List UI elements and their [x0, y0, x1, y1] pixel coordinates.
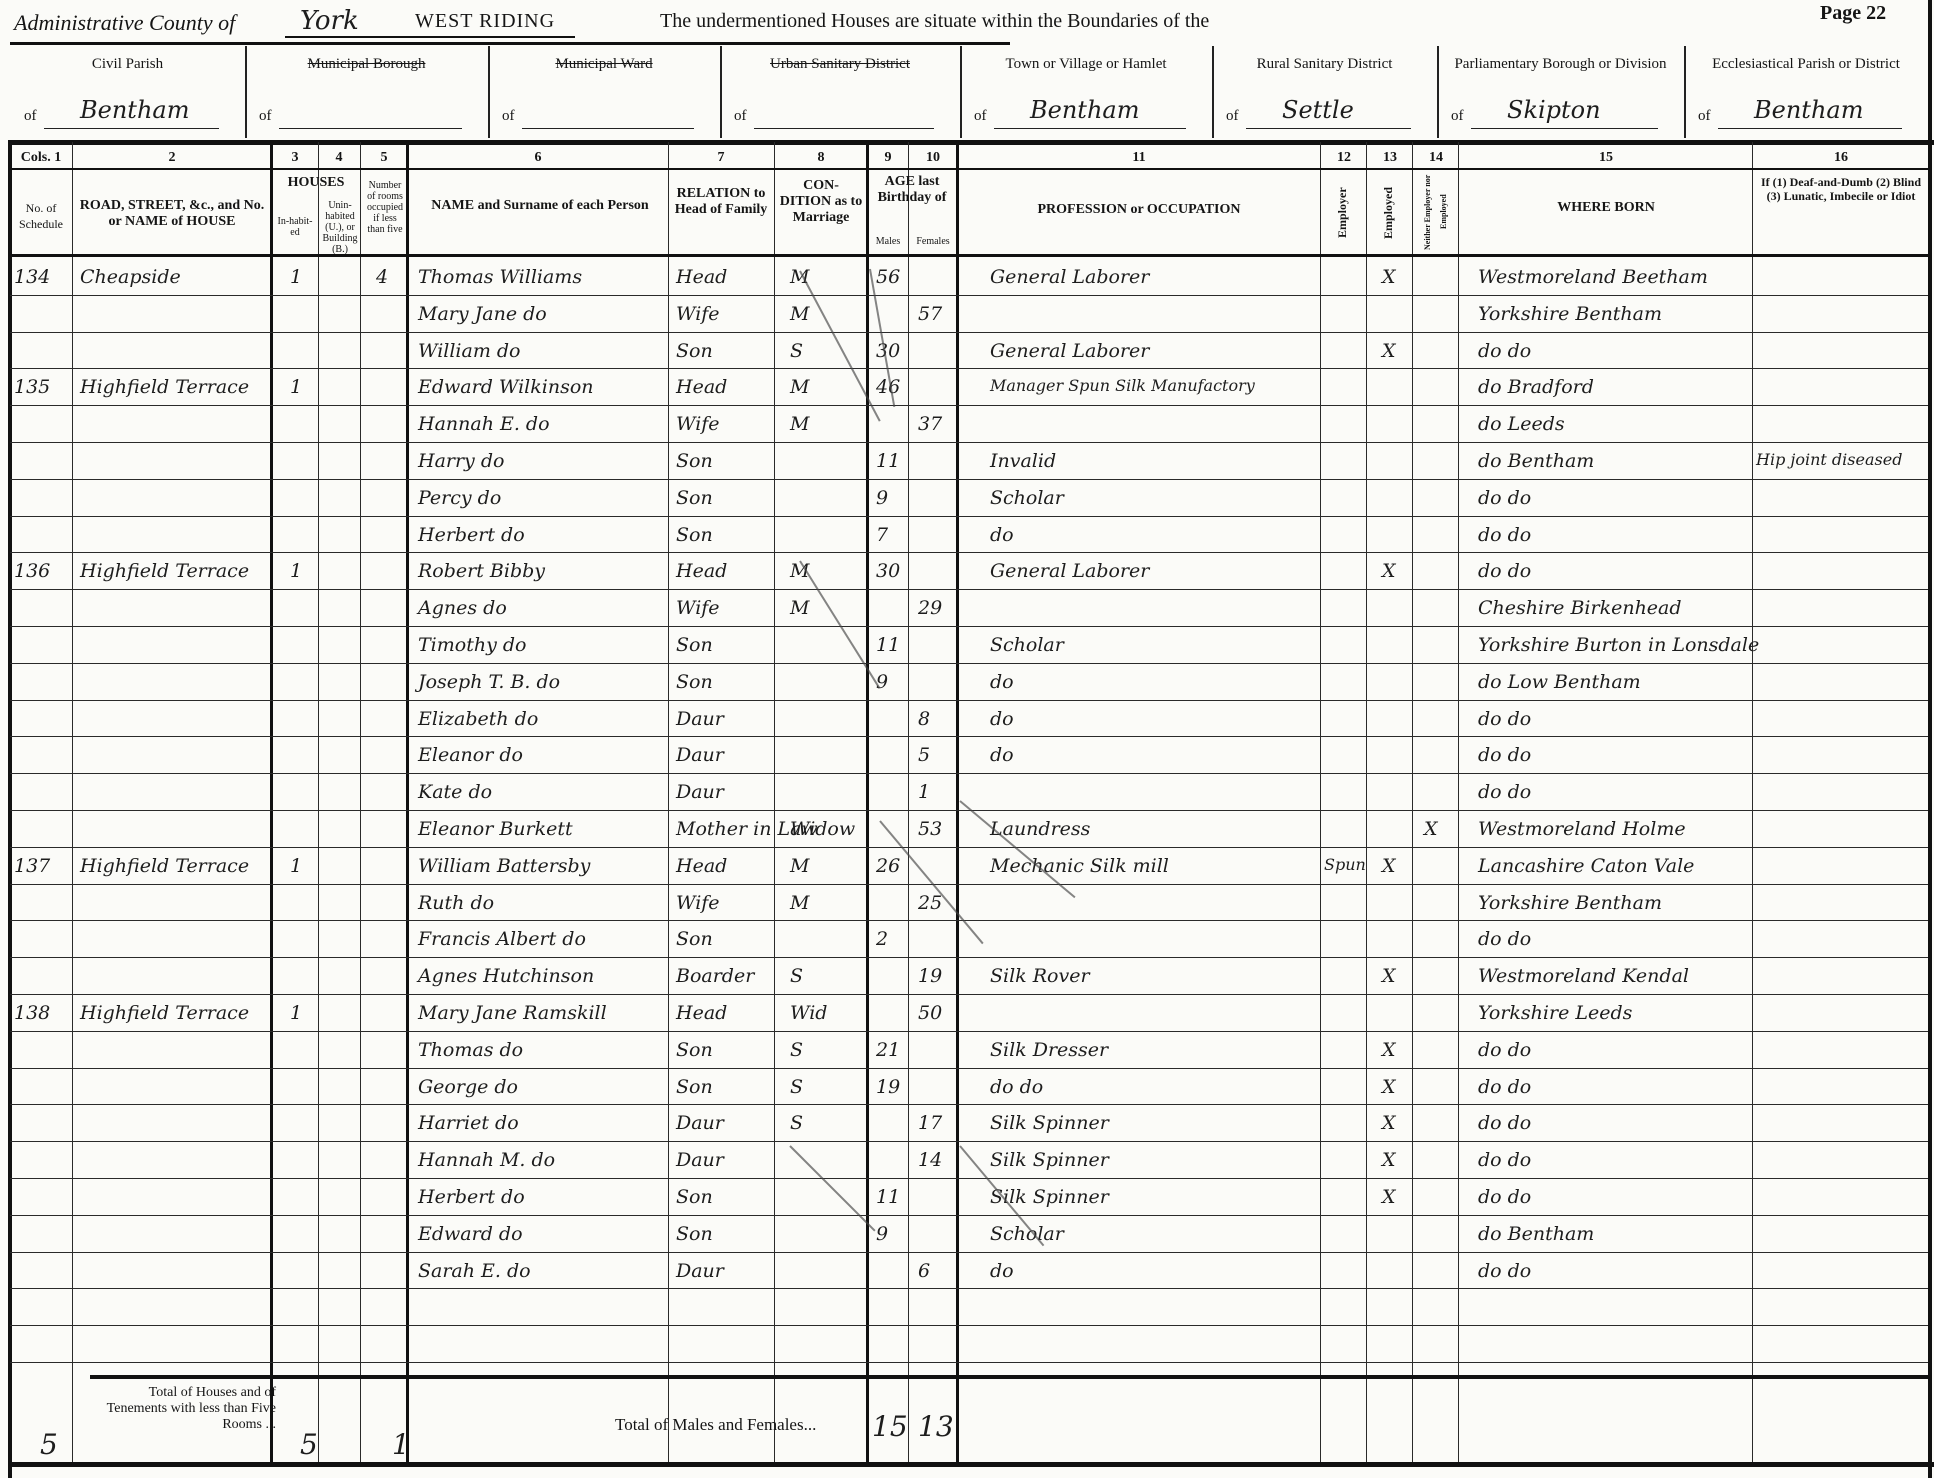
column-rule — [1752, 142, 1753, 1462]
boundary-of: of — [1698, 108, 1711, 125]
row-rule — [10, 368, 1928, 369]
relation: Son — [676, 487, 713, 509]
row-rule — [10, 405, 1928, 406]
occupation: Manager Spun Silk Manufactory — [990, 376, 1255, 395]
birthplace: Yorkshire Bentham — [1478, 892, 1662, 914]
col11-label: PROFESSION or OCCUPATION — [958, 202, 1320, 218]
employed: X — [1382, 340, 1396, 362]
column-rule — [318, 142, 319, 1462]
birthplace: Yorkshire Bentham — [1478, 303, 1662, 325]
col12-number: 12 — [1322, 150, 1366, 166]
person-name: Elizabeth do — [418, 708, 538, 730]
relation: Daur — [676, 1149, 724, 1171]
person-name: Francis Albert do — [418, 928, 586, 950]
birthplace: Westmoreland Holme — [1478, 818, 1686, 840]
relation: Son — [676, 1186, 713, 1208]
address: Highfield Terrace — [80, 560, 249, 582]
condition: S — [790, 1039, 803, 1061]
boundary-label: Parliamentary Borough or Division — [1441, 56, 1680, 73]
column-rule — [1412, 142, 1413, 1462]
female-age: 14 — [918, 1149, 942, 1171]
boundary-underline — [522, 128, 694, 129]
boundary-label: Ecclesiastical Parish or District — [1688, 56, 1924, 73]
boundary-of: of — [1226, 108, 1239, 125]
county-value: York — [300, 6, 359, 36]
boundary-underline — [1471, 128, 1658, 129]
boundary-underline — [1246, 128, 1411, 129]
relation: Head — [676, 376, 727, 398]
person-name: William do — [418, 340, 521, 362]
boundary-divider — [245, 46, 247, 138]
condition: S — [790, 340, 803, 362]
column-rule — [270, 142, 273, 1462]
birthplace: do Bentham — [1478, 450, 1594, 472]
birthplace: do do — [1478, 1186, 1531, 1208]
boundary-of: of — [1451, 108, 1464, 125]
employed: X — [1382, 965, 1396, 987]
col8-number: 8 — [776, 150, 866, 166]
person-name: Agnes do — [418, 597, 507, 619]
employed: X — [1382, 1039, 1396, 1061]
row-rule — [10, 1325, 1928, 1326]
col2-label: ROAD, STREET, &c., and No. or NAME of HO… — [74, 198, 270, 230]
inhabited: 1 — [290, 1002, 302, 1024]
birthplace: do do — [1478, 781, 1531, 803]
row-rule — [10, 920, 1928, 921]
schedule-number: 136 — [14, 560, 50, 582]
col2-number: 2 — [74, 150, 270, 166]
relation: Wife — [676, 413, 720, 435]
neither-employer-nor-employed: X — [1424, 818, 1438, 840]
female-age: 57 — [918, 303, 942, 325]
relation: Boarder — [676, 965, 754, 987]
row-rule — [10, 773, 1928, 774]
row-rule — [10, 663, 1928, 664]
person-name: Edward Wilkinson — [418, 376, 594, 398]
col5-label: Number of rooms occupied if less than fi… — [364, 180, 406, 235]
condition: S — [790, 1112, 803, 1134]
row-rule — [10, 1362, 1928, 1363]
employed: X — [1382, 266, 1396, 288]
occupation: General Laborer — [990, 560, 1149, 582]
person-name: Eleanor Burkett — [418, 818, 573, 840]
male-age: 11 — [876, 634, 900, 656]
males-total: 15 — [872, 1410, 908, 1443]
inhabited: 1 — [290, 266, 302, 288]
relation: Daur — [676, 1112, 724, 1134]
person-name: George do — [418, 1076, 518, 1098]
boundary-divider — [1437, 46, 1439, 138]
person-name: Percy do — [418, 487, 501, 509]
male-age: 19 — [876, 1076, 900, 1098]
boundary-divider — [720, 46, 722, 138]
boundary-of: of — [734, 108, 747, 125]
female-age: 25 — [918, 892, 942, 914]
col14-label: Neither Employer nor Employed — [1420, 172, 1452, 252]
occupation: Scholar — [990, 487, 1064, 509]
row-rule — [10, 1178, 1928, 1179]
relation: Son — [676, 1223, 713, 1245]
female-age: 8 — [918, 708, 930, 730]
boundaries-caption: The undermentioned Houses are situate wi… — [660, 10, 1209, 33]
female-age: 5 — [918, 744, 930, 766]
female-age: 29 — [918, 597, 942, 619]
col6-label: NAME and Surname of each Person — [430, 198, 650, 214]
boundary-label: Town or Village or Hamlet — [964, 56, 1208, 73]
occupation: do — [990, 708, 1014, 730]
col10-number: 10 — [910, 150, 956, 166]
boundary-of: of — [974, 108, 987, 125]
col1-number: Cols. 1 — [10, 150, 72, 166]
female-age: 1 — [918, 781, 930, 803]
row-rule — [10, 1068, 1928, 1069]
totals-mf-label: Total of Males and Females... — [615, 1415, 816, 1435]
relation: Son — [676, 450, 713, 472]
address: Highfield Terrace — [80, 376, 249, 398]
occupation: Silk Rover — [990, 965, 1090, 987]
inhabited: 1 — [290, 376, 302, 398]
row-rule — [10, 994, 1928, 995]
condition: M — [790, 413, 809, 435]
boundary-label: Civil Parish — [14, 56, 241, 73]
col7-number: 7 — [668, 150, 774, 166]
col13-number: 13 — [1368, 150, 1412, 166]
col3-label: In-habit-ed — [274, 216, 316, 238]
employed: X — [1382, 1112, 1396, 1134]
employed: X — [1382, 1186, 1396, 1208]
relation: Head — [676, 266, 727, 288]
right-rule — [1928, 0, 1932, 1478]
person-name: Kate do — [418, 781, 492, 803]
col15-number: 15 — [1460, 150, 1752, 166]
male-age: 7 — [876, 524, 888, 546]
occupation: General Laborer — [990, 340, 1149, 362]
column-number-rule — [10, 168, 1928, 170]
female-age: 19 — [918, 965, 942, 987]
birthplace: do do — [1478, 1112, 1531, 1134]
col16-number: 16 — [1754, 150, 1928, 166]
col3-number: 3 — [272, 150, 318, 166]
employed: X — [1382, 1149, 1396, 1171]
boundary-value: Skipton — [1507, 96, 1601, 124]
tenements-total: 1 — [392, 1428, 410, 1461]
male-age: 9 — [876, 671, 888, 693]
totals-houses-label: Total of Houses and of Tenements with le… — [96, 1385, 276, 1433]
boundary-of: of — [24, 108, 37, 125]
condition: M — [790, 892, 809, 914]
birthplace: do do — [1478, 1260, 1531, 1282]
col10-label: Females — [910, 236, 956, 247]
occupation: Mechanic Silk mill — [990, 855, 1169, 877]
male-age: 2 — [876, 928, 888, 950]
birthplace: do do — [1478, 1039, 1531, 1061]
birthplace: do do — [1478, 340, 1531, 362]
employed: X — [1382, 560, 1396, 582]
boundary-value: Bentham — [1030, 96, 1139, 124]
relation: Head — [676, 560, 727, 582]
person-name: Mary Jane do — [418, 303, 547, 325]
boundary-label: Municipal Ward — [492, 56, 716, 73]
col4-label: Unin-habited (U.), or Building (B.) — [320, 200, 360, 255]
occupation: do — [990, 744, 1014, 766]
boundary-of: of — [259, 108, 272, 125]
relation: Wife — [676, 597, 720, 619]
relation: Son — [676, 928, 713, 950]
schedules-count: 5 — [40, 1428, 58, 1461]
boundary-value: Settle — [1282, 96, 1354, 124]
boundary-label: Urban Sanitary District — [724, 56, 956, 73]
female-age: 53 — [918, 818, 942, 840]
column-rule — [360, 142, 361, 1462]
person-name: Agnes Hutchinson — [418, 965, 594, 987]
birthplace: do do — [1478, 524, 1531, 546]
boundary-underline — [994, 128, 1186, 129]
address: Cheapside — [80, 266, 181, 288]
schedule-number: 135 — [14, 376, 50, 398]
female-age: 37 — [918, 413, 942, 435]
boundary-label: Municipal Borough — [249, 56, 484, 73]
person-name: Mary Jane Ramskill — [418, 1002, 607, 1024]
occupation: do do — [990, 1076, 1043, 1098]
col15-label: WHERE BORN — [1460, 200, 1752, 216]
employer: Spun — [1324, 855, 1366, 874]
female-age: 50 — [918, 1002, 942, 1024]
county-underline — [285, 36, 575, 38]
houses-label: HOUSES — [272, 175, 360, 191]
birthplace: Cheshire Birkenhead — [1478, 597, 1682, 619]
row-rule — [10, 479, 1928, 480]
address: Highfield Terrace — [80, 855, 249, 877]
relation: Daur — [676, 744, 724, 766]
column-rule — [774, 142, 775, 1462]
schedule-number: 137 — [14, 855, 50, 877]
birthplace: do do — [1478, 708, 1531, 730]
address: Highfield Terrace — [80, 1002, 249, 1024]
boundary-label: Rural Sanitary District — [1216, 56, 1433, 73]
rooms: 4 — [376, 266, 388, 288]
row-rule — [10, 332, 1928, 333]
occupation: Invalid — [990, 450, 1056, 472]
person-name: Ruth do — [418, 892, 494, 914]
person-name: William Battersby — [418, 855, 590, 877]
person-name: Timothy do — [418, 634, 526, 656]
row-rule — [10, 589, 1928, 590]
birthplace: do do — [1478, 560, 1531, 582]
boundary-value: Bentham — [1754, 96, 1863, 124]
relation: Daur — [676, 708, 724, 730]
person-name: Eleanor do — [418, 744, 523, 766]
boundary-divider — [960, 46, 962, 138]
occupation: General Laborer — [990, 266, 1149, 288]
birthplace: do Bradford — [1478, 376, 1594, 398]
row-rule — [10, 736, 1928, 737]
row-rule — [10, 295, 1928, 296]
bottom-rule — [8, 1462, 1934, 1467]
row-rule — [10, 1215, 1928, 1216]
person-name: Joseph T. B. do — [418, 671, 560, 693]
column-rule — [956, 142, 959, 1462]
birthplace: Westmoreland Beetham — [1478, 266, 1708, 288]
column-rule — [668, 142, 669, 1462]
condition: S — [790, 965, 803, 987]
boundary-divider — [1684, 46, 1686, 138]
col12-label: Employer — [1334, 175, 1350, 250]
person-name: Thomas Williams — [418, 266, 582, 288]
header-rule — [8, 140, 1934, 145]
column-rule — [72, 142, 73, 1462]
birthplace: do Leeds — [1478, 413, 1565, 435]
male-age: 9 — [876, 1223, 888, 1245]
row-rule — [10, 1252, 1928, 1253]
birthplace: do Bentham — [1478, 1223, 1594, 1245]
condition: Widow — [790, 818, 855, 840]
person-name: Robert Bibby — [418, 560, 545, 582]
relation: Son — [676, 1076, 713, 1098]
employed: X — [1382, 855, 1396, 877]
col13-label: Employed — [1380, 175, 1396, 250]
birthplace: do do — [1478, 928, 1531, 950]
column-rule — [1320, 142, 1321, 1462]
occupation: Scholar — [990, 634, 1064, 656]
person-name: Sarah E. do — [418, 1260, 531, 1282]
person-name: Harriet do — [418, 1112, 519, 1134]
birthplace: Yorkshire Burton in Lonsdale — [1478, 634, 1759, 656]
person-name: Herbert do — [418, 524, 525, 546]
county-label: Administrative County of — [14, 10, 235, 36]
column-rule — [1366, 142, 1367, 1462]
row-rule — [10, 1141, 1928, 1142]
row-rule — [10, 442, 1928, 443]
infirmity: Hip joint diseased — [1756, 450, 1902, 469]
occupation: Silk Dresser — [990, 1039, 1108, 1061]
col9-label: Males — [868, 236, 908, 247]
birthplace: Lancashire Caton Vale — [1478, 855, 1694, 877]
inhabited: 1 — [290, 855, 302, 877]
row-rule — [10, 1031, 1928, 1032]
occupation: do — [990, 524, 1014, 546]
condition: M — [790, 303, 809, 325]
male-age: 56 — [876, 266, 900, 288]
col11-number: 11 — [958, 150, 1320, 166]
col5-number: 5 — [362, 150, 406, 166]
birthplace: do do — [1478, 1076, 1531, 1098]
male-age: 9 — [876, 487, 888, 509]
row-rule — [10, 1288, 1928, 1289]
birthplace: do do — [1478, 487, 1531, 509]
relation: Son — [676, 671, 713, 693]
condition: M — [790, 597, 809, 619]
male-age: 21 — [876, 1039, 900, 1061]
male-age: 11 — [876, 1186, 900, 1208]
relation: Son — [676, 1039, 713, 1061]
male-age: 26 — [876, 855, 900, 877]
females-total: 13 — [918, 1410, 954, 1443]
col16-label: If (1) Deaf-and-Dumb (2) Blind (3) Lunat… — [1760, 175, 1922, 203]
condition: M — [790, 855, 809, 877]
occupation: Silk Spinner — [990, 1149, 1109, 1171]
boundary-underline — [754, 128, 934, 129]
person-name: Hannah M. do — [418, 1149, 555, 1171]
county-riding: WEST RIDING — [415, 10, 555, 33]
header-bottom-rule — [10, 254, 1928, 257]
relation: Head — [676, 1002, 727, 1024]
relation: Wife — [676, 892, 720, 914]
male-age: 11 — [876, 450, 900, 472]
condition: S — [790, 1076, 803, 1098]
occupation: do — [990, 671, 1014, 693]
occupation: Silk Spinner — [990, 1112, 1109, 1134]
col1-label: No. of Schedule — [10, 200, 72, 232]
column-rule — [866, 142, 869, 1462]
col7-label: RELATION to Head of Family — [668, 186, 774, 218]
relation: Wife — [676, 303, 720, 325]
col8-label: CON-DITION as to Marriage — [778, 178, 864, 226]
birthplace: do do — [1478, 744, 1531, 766]
occupation: do — [990, 1260, 1014, 1282]
row-rule — [10, 516, 1928, 517]
condition: Wid — [790, 1002, 827, 1024]
birthplace: Westmoreland Kendal — [1478, 965, 1689, 987]
boundary-underline — [279, 128, 462, 129]
row-rule — [10, 884, 1928, 885]
inhabited-total: 5 — [300, 1428, 318, 1461]
column-rule — [406, 142, 409, 1462]
relation: Head — [676, 855, 727, 877]
boundary-of: of — [502, 108, 515, 125]
row-rule — [10, 847, 1928, 848]
col9-number: 9 — [868, 150, 908, 166]
left-rule — [8, 140, 12, 1478]
boundary-underline — [1718, 128, 1902, 129]
inhabited: 1 — [290, 560, 302, 582]
schedule-number: 138 — [14, 1002, 50, 1024]
male-age: 30 — [876, 560, 900, 582]
schedule-number: 134 — [14, 266, 50, 288]
column-rule — [908, 142, 909, 1462]
row-rule — [10, 1104, 1928, 1105]
col6-number: 6 — [408, 150, 668, 166]
female-age: 17 — [918, 1112, 942, 1134]
relation: Daur — [676, 781, 724, 803]
person-name: Thomas do — [418, 1039, 523, 1061]
age-label: AGE last Birthday of — [868, 174, 956, 206]
birthplace: do do — [1478, 1149, 1531, 1171]
person-name: Edward do — [418, 1223, 523, 1245]
female-age: 6 — [918, 1260, 930, 1282]
row-rule — [10, 626, 1928, 627]
relation: Son — [676, 634, 713, 656]
person-name: Herbert do — [418, 1186, 525, 1208]
person-name: Hannah E. do — [418, 413, 550, 435]
totals-rule — [90, 1375, 1930, 1379]
row-rule — [10, 957, 1928, 958]
relation: Son — [676, 340, 713, 362]
row-rule — [10, 700, 1928, 701]
employed: X — [1382, 1076, 1396, 1098]
birthplace: Yorkshire Leeds — [1478, 1002, 1632, 1024]
boundary-divider — [488, 46, 490, 138]
col4-number: 4 — [318, 150, 360, 166]
row-rule — [10, 552, 1928, 553]
boundary-underline — [44, 128, 219, 129]
condition: M — [790, 376, 809, 398]
relation: Son — [676, 524, 713, 546]
person-name: Harry do — [418, 450, 504, 472]
birthplace: do Low Bentham — [1478, 671, 1641, 693]
column-rule — [1458, 142, 1459, 1462]
page-number: Page 22 — [1820, 2, 1886, 25]
relation: Daur — [676, 1260, 724, 1282]
